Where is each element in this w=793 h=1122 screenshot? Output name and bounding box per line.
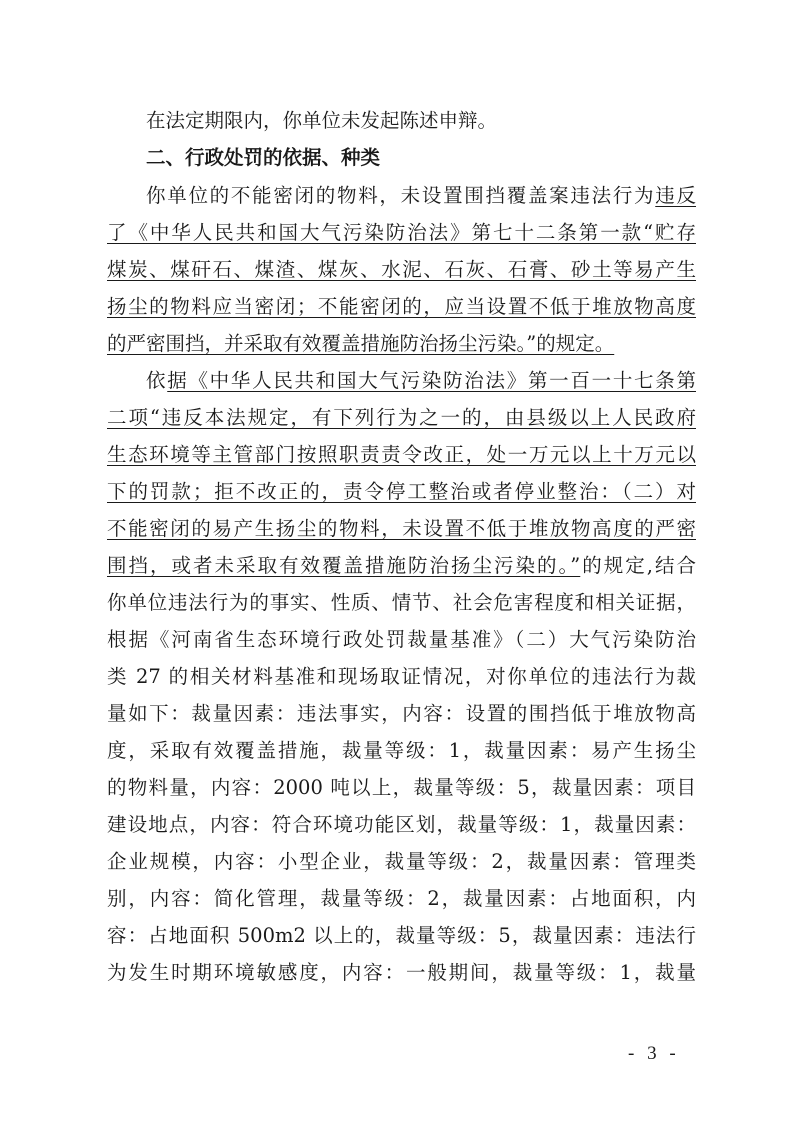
underlined-text: 下的罚款；拒不改正的，责令停工整治或者停业整治：（二）对 bbox=[107, 480, 696, 503]
underlined-text: 煤炭、煤矸石、煤渣、煤灰、水泥、石灰、石膏、砂土等易产生 bbox=[107, 258, 696, 281]
text: 的物料量，内容：2000 吨以上，裁量等级：5，裁量因素：项目 bbox=[107, 776, 696, 799]
paragraph-line: 依据《中华人民共和国大气污染防治法》第一百一十七条第 bbox=[146, 366, 696, 396]
paragraph-line: 生态环境等主管部门按照职责责令改正，处一万元以上十万元以 bbox=[107, 440, 696, 470]
text: 类 27 的相关材料基准和现场取证情况，对你单位的违法行为裁 bbox=[107, 665, 696, 688]
document-page: 在法定期限内，你单位未发起陈述申辩。 二、行政处罚的依据、种类 你单位的不能密闭… bbox=[0, 0, 793, 1122]
paragraph-line: 度，采取有效覆盖措施，裁量等级：1，裁量因素：易产生扬尘 bbox=[107, 736, 696, 766]
text: 容：占地面积 500m2 以上的，裁量等级：5，裁量因素：违法行 bbox=[107, 924, 696, 947]
text: 度，采取有效覆盖措施，裁量等级：1，裁量因素：易产生扬尘 bbox=[107, 739, 696, 762]
underlined-text: 违反 bbox=[655, 184, 696, 207]
underlined-text: 扬尘的物料应当密闭；不能密闭的，应当设置不低于堆放物高度 bbox=[107, 295, 696, 318]
text: 建设地点，内容：符合环境功能区划，裁量等级：1，裁量因素： bbox=[107, 813, 696, 836]
text: 在法定期限内，你单位未发起陈述申辩。 bbox=[146, 109, 497, 132]
paragraph-line: 扬尘的物料应当密闭；不能密闭的，应当设置不低于堆放物高度 bbox=[107, 292, 696, 322]
text: 依 bbox=[146, 369, 167, 392]
paragraph-line: 围挡，或者未采取有效覆盖措施防治扬尘污染的。”的规定,结合 bbox=[107, 551, 696, 581]
paragraph-line: 了《中华人民共和国大气污染防治法》第七十二条第一款“贮存 bbox=[107, 218, 696, 248]
section-heading: 二、行政处罚的依据、种类 bbox=[146, 143, 696, 173]
paragraph-line: 企业规模，内容：小型企业，裁量等级：2，裁量因素：管理类 bbox=[107, 847, 696, 877]
text: 你单位的不能密闭的物料，未设置围挡覆盖案违法行为 bbox=[146, 184, 655, 207]
paragraph-line: 类 27 的相关材料基准和现场取证情况，对你单位的违法行为裁 bbox=[107, 662, 696, 692]
text: 二、行政处罚的依据、种类 bbox=[146, 146, 380, 169]
text: 的规定,结合 bbox=[580, 554, 696, 577]
text: 为发生时期环境敏感度，内容：一般期间，裁量等级：1，裁量 bbox=[107, 961, 696, 984]
paragraph-line: 的严密围挡，并采取有效覆盖措施防治扬尘污染。”的规定。 bbox=[107, 329, 696, 359]
text: 量如下：裁量因素：违法事实，内容：设置的围挡低于堆放物高 bbox=[107, 702, 696, 725]
text: 根据《河南省生态环境行政处罚裁量基准》（二）大气污染防治 bbox=[107, 628, 696, 651]
underlined-text: 不能密闭的易产生扬尘的物料，未设置不低于堆放物高度的严密 bbox=[107, 517, 696, 540]
paragraph-line: 煤炭、煤矸石、煤渣、煤灰、水泥、石灰、石膏、砂土等易产生 bbox=[107, 255, 696, 285]
text: 企业规模，内容：小型企业，裁量等级：2，裁量因素：管理类 bbox=[107, 850, 696, 873]
paragraph-line: 你单位违法行为的事实、性质、情节、社会危害程度和相关证据， bbox=[107, 588, 696, 618]
underlined-text: 生态环境等主管部门按照职责责令改正，处一万元以上十万元以 bbox=[107, 443, 696, 466]
underlined-text: 了《中华人民共和国大气污染防治法》第七十二条第一款“贮存 bbox=[107, 221, 696, 244]
paragraph-line: 的物料量，内容：2000 吨以上，裁量等级：5，裁量因素：项目 bbox=[107, 773, 696, 803]
underlined-text: 的严密围挡，并采取有效覆盖措施防治扬尘污染。”的规定。 bbox=[107, 332, 614, 355]
paragraph-line: 根据《河南省生态环境行政处罚裁量基准》（二）大气污染防治 bbox=[107, 625, 696, 655]
text: 你单位违法行为的事实、性质、情节、社会危害程度和相关证据， bbox=[107, 591, 696, 614]
underlined-text: 二项“违反本法规定，有下列行为之一的，由县级以上人民政府 bbox=[107, 406, 696, 429]
paragraph-line: 二项“违反本法规定，有下列行为之一的，由县级以上人民政府 bbox=[107, 403, 696, 433]
paragraph-line: 量如下：裁量因素：违法事实，内容：设置的围挡低于堆放物高 bbox=[107, 699, 696, 729]
paragraph-line: 为发生时期环境敏感度，内容：一般期间，裁量等级：1，裁量 bbox=[107, 958, 696, 988]
underlined-text: 据《中华人民共和国大气污染防治法》第一百一十七条第 bbox=[167, 369, 696, 392]
paragraph-line: 你单位的不能密闭的物料，未设置围挡覆盖案违法行为违反 bbox=[146, 181, 696, 211]
text: 别，内容：简化管理，裁量等级：2，裁量因素：占地面积，内 bbox=[107, 887, 696, 910]
paragraph-line: 下的罚款；拒不改正的，责令停工整治或者停业整治：（二）对 bbox=[107, 477, 696, 507]
underlined-text: 围挡，或者未采取有效覆盖措施防治扬尘污染的。” bbox=[107, 554, 580, 577]
paragraph-line: 别，内容：简化管理，裁量等级：2，裁量因素：占地面积，内 bbox=[107, 884, 696, 914]
paragraph-line: 容：占地面积 500m2 以上的，裁量等级：5，裁量因素：违法行 bbox=[107, 921, 696, 951]
paragraph-line: 建设地点，内容：符合环境功能区划，裁量等级：1，裁量因素： bbox=[107, 810, 696, 840]
page-number: - 3 - bbox=[628, 1042, 680, 1066]
paragraph-line: 不能密闭的易产生扬尘的物料，未设置不低于堆放物高度的严密 bbox=[107, 514, 696, 544]
paragraph-line: 在法定期限内，你单位未发起陈述申辩。 bbox=[146, 106, 696, 136]
